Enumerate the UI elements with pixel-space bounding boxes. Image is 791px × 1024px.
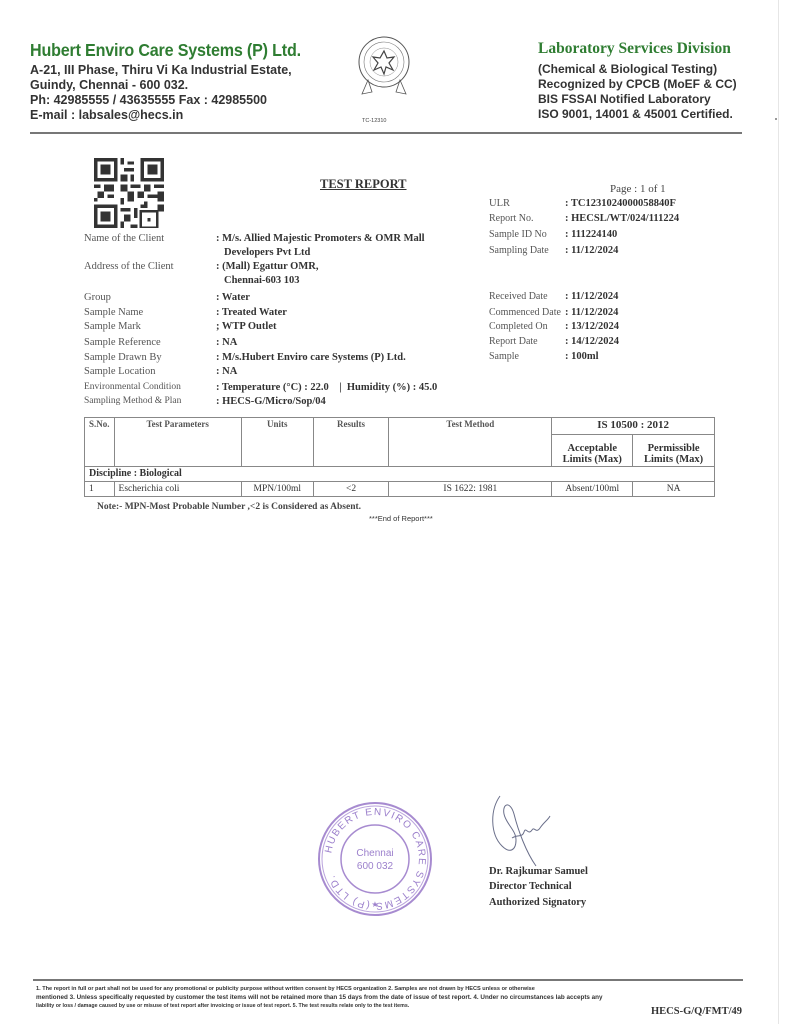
col-header-permissible: Permissible Limits (Max): [633, 435, 715, 467]
sample-drawn-by-label: Sample Drawn By: [84, 352, 162, 363]
cell-result: <2: [313, 482, 389, 497]
cell-acceptable: Absent/100ml: [552, 482, 633, 497]
signatory-role: Authorized Signatory: [489, 897, 586, 908]
cell-parameter: Escherichia coli: [114, 482, 241, 497]
client-address-value-cont: Chennai-603 103: [224, 275, 300, 286]
sampling-date-value: : 11/12/2024: [565, 245, 618, 256]
client-name-label: Name of the Client: [84, 233, 164, 244]
scan-speck: [775, 118, 777, 120]
sample-location-value: : NA: [216, 366, 237, 377]
cell-permissible: NA: [633, 482, 715, 497]
report-no-label: Report No.: [489, 213, 533, 224]
svg-text:★: ★: [371, 900, 378, 909]
division-name: Laboratory Services Division: [538, 40, 731, 58]
cell-unit: MPN/100ml: [241, 482, 313, 497]
commenced-date-value: : 11/12/2024: [565, 307, 618, 318]
sampling-method-value: : HECS-G/Micro/Sop/04: [216, 396, 326, 407]
sample-location-label: Sample Location: [84, 366, 155, 377]
col-header-results: Results: [313, 418, 389, 467]
col-header-sno: S.No.: [85, 418, 115, 467]
address-line-2: Guindy, Chennai - 600 032.: [30, 78, 188, 92]
company-name: Hubert Enviro Care Systems (P) Ltd.: [30, 40, 301, 61]
division-line-4: ISO 9001, 14001 & 45001 Certified.: [538, 107, 733, 121]
signatory-designation: Director Technical: [489, 881, 572, 892]
handwritten-signature-icon: [486, 790, 566, 870]
sample-mark-label: Sample Mark: [84, 321, 141, 332]
header-divider: [30, 132, 742, 134]
phone-fax-line: Ph: 42985555 / 43635555 Fax : 42985500: [30, 93, 267, 107]
group-value: : Water: [216, 292, 250, 303]
col-header-parameters: Test Parameters: [114, 418, 241, 467]
sample-id-label: Sample ID No: [489, 229, 547, 240]
sample-id-value: : 111224140: [565, 229, 617, 240]
discipline-row: Discipline : Biological: [85, 467, 715, 482]
end-of-report: ***End of Report***: [369, 514, 433, 523]
report-no-value: : HECSL/WT/024/111224: [565, 213, 679, 224]
footer-divider: [33, 979, 743, 981]
svg-text:Chennai: Chennai: [356, 848, 393, 859]
logo-code: TC-12310: [362, 118, 386, 124]
commenced-date-label: Commenced Date: [489, 307, 561, 318]
footer-terms-line-2: mentioned 3. Unless specifically request…: [36, 994, 603, 1001]
ulr-value: : TC1231024000058840F: [565, 198, 676, 209]
sample-reference-value: : NA: [216, 337, 237, 348]
report-date-label: Report Date: [489, 336, 538, 347]
sample-quantity-label: Sample: [489, 351, 519, 362]
received-date-label: Received Date: [489, 291, 548, 302]
sample-drawn-by-value: : M/s.Hubert Enviro care Systems (P) Ltd…: [216, 352, 406, 363]
sample-mark-value: ; WTP Outlet: [216, 321, 276, 332]
environmental-condition-label: Environmental Condition: [84, 382, 181, 392]
address-line-1: A-21, III Phase, Thiru Vi Ka Industrial …: [30, 63, 292, 77]
client-address-label: Address of the Client: [84, 261, 174, 272]
sample-name-value: : Treated Water: [216, 307, 287, 318]
environmental-condition-value: : Temperature (°C) : 22.0 | Humidity (%)…: [216, 382, 437, 393]
sample-quantity-value: : 100ml: [565, 351, 599, 362]
col-header-units: Units: [241, 418, 313, 467]
form-code: HECS-G/Q/FMT/49: [651, 1006, 742, 1017]
col-header-acceptable: Acceptable Limits (Max): [552, 435, 633, 467]
svg-text:600 032: 600 032: [357, 861, 394, 872]
footer-terms-line-3: liability or loss / damage caused by use…: [36, 1003, 409, 1009]
sampling-method-label: Sampling Method & Plan: [84, 396, 181, 406]
sampling-date-label: Sampling Date: [489, 245, 549, 256]
division-line-1: (Chemical & Biological Testing): [538, 62, 717, 76]
accreditation-seal-icon: [356, 36, 412, 96]
cell-method: IS 1622: 1981: [389, 482, 552, 497]
report-title: TEST REPORT: [320, 177, 407, 192]
page-number: Page : 1 of 1: [610, 183, 666, 195]
mpn-note: Note:- MPN-Most Probable Number ,<2 is C…: [97, 502, 361, 512]
table-row: 1 Escherichia coli MPN/100ml <2 IS 1622:…: [85, 482, 715, 497]
sample-name-label: Sample Name: [84, 307, 143, 318]
company-seal-stamp-icon: HUBERT ENVIRO CARE SYSTEMS (P) LTD. Chen…: [316, 800, 434, 918]
email-line: E-mail : labsales@hecs.in: [30, 108, 183, 122]
division-line-3: BIS FSSAI Notified Laboratory: [538, 92, 711, 106]
completed-on-label: Completed On: [489, 321, 548, 332]
received-date-value: : 11/12/2024: [565, 291, 618, 302]
results-table: S.No. Test Parameters Units Results Test…: [84, 417, 715, 497]
qr-code-icon: [92, 158, 166, 228]
ulr-label: ULR: [489, 198, 510, 209]
group-label: Group: [84, 292, 111, 303]
client-address-value: : (Mall) Egattur OMR,: [216, 261, 318, 272]
col-header-method: Test Method: [389, 418, 552, 467]
footer-terms-line-1: 1. The report in full or part shall not …: [36, 986, 535, 992]
sample-reference-label: Sample Reference: [84, 337, 161, 348]
completed-on-value: : 13/12/2024: [565, 321, 619, 332]
scan-edge: [778, 0, 779, 1024]
client-name-value: : M/s. Allied Majestic Promoters & OMR M…: [216, 233, 425, 244]
client-name-value-cont: Developers Pvt Ltd: [224, 247, 310, 258]
cell-sno: 1: [85, 482, 115, 497]
col-header-standard: IS 10500 : 2012: [552, 418, 715, 435]
signatory-name: Dr. Rajkumar Samuel: [489, 866, 588, 877]
division-line-2: Recognized by CPCB (MoEF & CC): [538, 77, 737, 91]
report-date-value: : 14/12/2024: [565, 336, 619, 347]
